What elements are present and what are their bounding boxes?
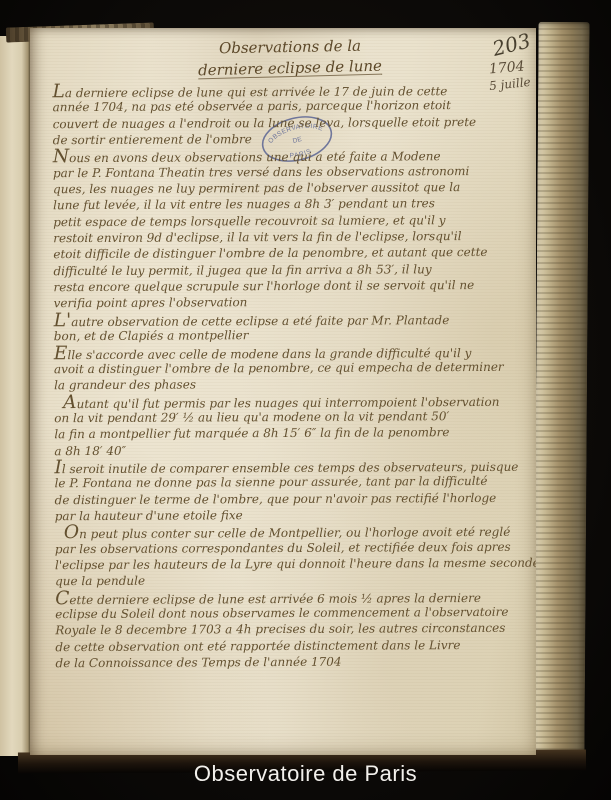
- facing-page: [0, 36, 30, 756]
- photo-caption: Observatoire de Paris: [0, 761, 611, 787]
- manuscript-line: Autant qu'il fut permis par les nuages q…: [54, 391, 520, 410]
- page-title: Observations de la derniere eclipse de l…: [150, 38, 430, 77]
- manuscript-line: avoit a distinguer l'ombre de la penombr…: [54, 359, 520, 378]
- manuscript-line: le P. Fontana ne donne pas la sienne pou…: [55, 473, 521, 492]
- manuscript-line: l'eclipse par les hauteurs de la Lyre qu…: [55, 555, 521, 574]
- manuscript-body: La derniere eclipse de lune qui est arri…: [52, 81, 521, 672]
- book-fore-edge: [533, 22, 589, 758]
- photo-frame: 203 1704 5 juille Observations de la der…: [0, 0, 611, 800]
- folio-year: 1704: [489, 58, 526, 77]
- manuscript-page: 203 1704 5 juille Observations de la der…: [30, 28, 536, 755]
- folio-number: 203: [487, 28, 533, 61]
- manuscript-line: etoit difficile de distinguer l'ombre de…: [53, 244, 519, 263]
- manuscript-line: de la Connoissance des Temps de l'année …: [55, 653, 521, 672]
- manuscript-line: resta encore quelque scrupule sur l'horl…: [53, 277, 519, 296]
- manuscript-line: année 1704, na pas eté observée a paris,…: [53, 97, 519, 116]
- manuscript-line: Royale le 8 decembre 1703 a 4h precises …: [55, 620, 521, 639]
- manuscript-line: On peut plus conter sur celle de Montpel…: [55, 522, 521, 541]
- manuscript-line: ques, les nuages ne luy permirent pas de…: [53, 179, 519, 198]
- manuscript-line: couvert de nuages a l'endroit ou la lune…: [53, 113, 519, 132]
- manuscript-line: de cette observation ont eté rapportée d…: [55, 636, 521, 655]
- manuscript-line: de distinguer le terme de l'ombre, que p…: [55, 489, 521, 508]
- page-title-line2: derniere eclipse de lune: [150, 55, 430, 80]
- page-title-line1: Observations de la: [150, 36, 430, 59]
